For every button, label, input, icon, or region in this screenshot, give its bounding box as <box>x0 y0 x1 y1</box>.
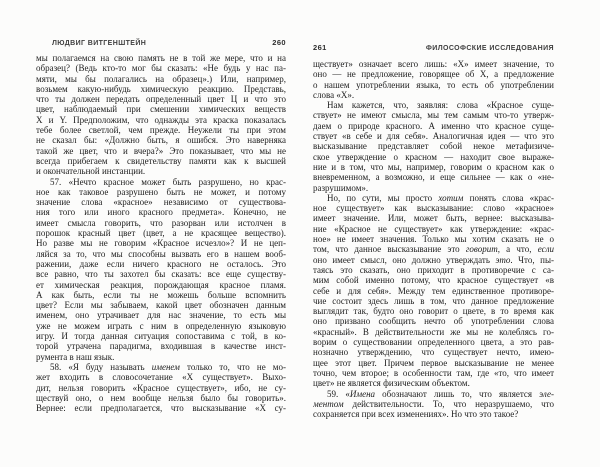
text-line: значение слова «красное» независимо от с… <box>36 197 286 207</box>
text-line: слова «X». <box>313 90 554 100</box>
text-line: ствует «в себе и для себя». Аналогичная … <box>313 131 554 141</box>
text-line: что ты должен передать определенный цвет… <box>36 94 286 104</box>
text-line: цвет» не является физическим объектом. <box>313 378 554 388</box>
right-page-number: 261 <box>313 43 327 52</box>
text-line: оно — не предложение, говорящее об X, а … <box>313 69 554 79</box>
text-line: ние «Красное не существует» как утвержде… <box>313 224 554 234</box>
text-line: высказывание представляет собой некое ме… <box>313 141 554 151</box>
text-line: всегда прибегаем к свидетельству памяти … <box>36 156 286 166</box>
book-scan: { "left_page": { "header": { "title": "Л… <box>0 0 600 467</box>
text-line: мим собой именно потому, что красное сущ… <box>313 275 554 285</box>
text-line: торой утрачена парадигма, входившая в ка… <box>36 341 286 351</box>
text-line: жет входить в словосочетание «X существу… <box>36 372 286 382</box>
text-line: ворим о существовании определенного цвет… <box>313 337 554 347</box>
text-line: именем, оно утрачивает для нас значение,… <box>36 310 286 320</box>
text-line: имеет значение. Или, может быть, вернее:… <box>313 213 554 223</box>
text-line: 59. «Имена обозначают лишь то, что являе… <box>313 389 554 399</box>
text-line: ное существует» как высказывание: слово … <box>313 203 554 213</box>
text-line: ния того или иного красного предмета». К… <box>36 207 286 217</box>
text-line: нозначно утверждению, что существует неч… <box>313 347 554 357</box>
text-line: уже не можем играть с ним в определенную… <box>36 321 286 331</box>
text-line: оно имеет смысл, оно должно утверждать э… <box>313 255 554 265</box>
text-line: Но, по сути, мы просто хотим понять слов… <box>313 193 554 203</box>
text-line: сохраняется при всех изменениях». Но что… <box>313 409 554 419</box>
text-line: дит, нельзя говорить «Красное существует… <box>36 383 286 393</box>
text-line: порошок красный цвет (цвет, а не красяще… <box>36 228 286 238</box>
text-line: ет химическая реакция, порождающая красн… <box>36 280 286 290</box>
text-line: ное» не имеет значения. Только мы хотим … <box>313 234 554 244</box>
text-line: оно призвано сообщить нечто об употребле… <box>313 316 554 326</box>
text-line: Нам кажется, что, заявляя: слова «Красно… <box>313 100 554 110</box>
text-line: том, что данное высказывание это говорит… <box>313 244 554 254</box>
text-line: щее этот цвет. Причем первое высказывани… <box>313 358 554 368</box>
right-header-title: ФИЛОСОФСКИЕ ИССЛЕДОВАНИЯ <box>426 45 554 52</box>
left-page-text: мы полагаемся на свою память не в той же… <box>36 53 286 413</box>
text-line: выглядит так, будто оно говорит о цвете,… <box>313 306 554 316</box>
text-line: игру. И тогда данная ситуация сопоставим… <box>36 331 286 341</box>
text-line: ществует» означает всего лишь: «X» имеет… <box>313 59 554 69</box>
text-line: Вернее: если предполагается, что высказы… <box>36 403 286 413</box>
right-running-head: 261 ФИЛОСОФСКИЕ ИССЛЕДОВАНИЯ <box>313 43 554 52</box>
text-line: ражении, даже если ничего красного не ос… <box>36 259 286 269</box>
text-line: ное как таковое разрушено быть не может,… <box>36 187 286 197</box>
text-line: вневременном, а возможно, и еще сильнее … <box>313 172 554 182</box>
text-line: ское утверждение о красном — находит сво… <box>313 152 554 162</box>
text-line: «красный». В действительности же мы не к… <box>313 327 554 337</box>
text-line: такой же цвет, что и вчера?» Это показыв… <box>36 146 286 156</box>
text-line: о нашем употреблении языка, то есть об у… <box>313 80 554 90</box>
text-line: не сказал бы: «Должно быть, я ошибся. Эт… <box>36 135 286 145</box>
left-page-number: 260 <box>272 38 286 47</box>
text-line: 57. «Нечто красное может быть разрушено,… <box>36 177 286 187</box>
text-line: все равно, что ты захотел бы сказать: вс… <box>36 269 286 279</box>
text-line: Но разве мы не говорим «Красное исчезло»… <box>36 238 286 248</box>
text-line: и окончательной инстанции. <box>36 166 286 176</box>
text-line: 58. «Я буду называть именем только то, ч… <box>36 362 286 372</box>
left-header-title: ЛЮДВИГ ВИТГЕНШТЕЙН <box>52 40 146 47</box>
text-line: ментом действительности. То, что неразру… <box>313 399 554 409</box>
text-line: таясь это сказать, оно приходит в против… <box>313 265 554 275</box>
text-line: цвет, наблюдаемый при смешении химически… <box>36 104 286 114</box>
left-running-head: ЛЮДВИГ ВИТГЕНШТЕЙН 260 <box>36 38 286 47</box>
text-line: чие состоит здесь лишь в том, что данное… <box>313 296 554 306</box>
text-line: ние и в том, что мы, например, говорим о… <box>313 162 554 172</box>
text-line: мы полагаемся на свою память не в той же… <box>36 53 286 63</box>
text-line: А как быть, если ты не можешь больше всп… <box>36 290 286 300</box>
text-line: ляйся за то, что мы способны вызвать его… <box>36 249 286 259</box>
text-line: возьмем какую-нибудь химическую реакцию.… <box>36 84 286 94</box>
text-line: мяти, мы бы полагались на образец».) Или… <box>36 74 286 84</box>
text-line: ществуй оно, о нем вообще нельзя было бы… <box>36 393 286 403</box>
text-line: X и Y. Предположим, что однажды эта крас… <box>36 115 286 125</box>
text-line: точно, чем второе; в особенности там, гд… <box>313 368 554 378</box>
text-line: даем о природе красного. А именно что кр… <box>313 121 554 131</box>
text-line: разрушимом». <box>313 183 554 193</box>
text-line: ствует» не имеют смысла, мы тем самым чт… <box>313 110 554 120</box>
text-line: себе и для себя». Между тем единственное… <box>313 286 554 296</box>
text-line: имеет смысла говорить, что разорван или … <box>36 218 286 228</box>
text-line: цвет? Если мы забываем, какой цвет обозн… <box>36 300 286 310</box>
text-line: образец? (Ведь кто-то мог бы сказать: «Н… <box>36 63 286 73</box>
right-page-text: ществует» означает всего лишь: «X» имеет… <box>313 59 554 419</box>
text-line: тебе более светлой, чем прежде. Неужели … <box>36 125 286 135</box>
text-line: румента в наш язык. <box>36 352 286 362</box>
